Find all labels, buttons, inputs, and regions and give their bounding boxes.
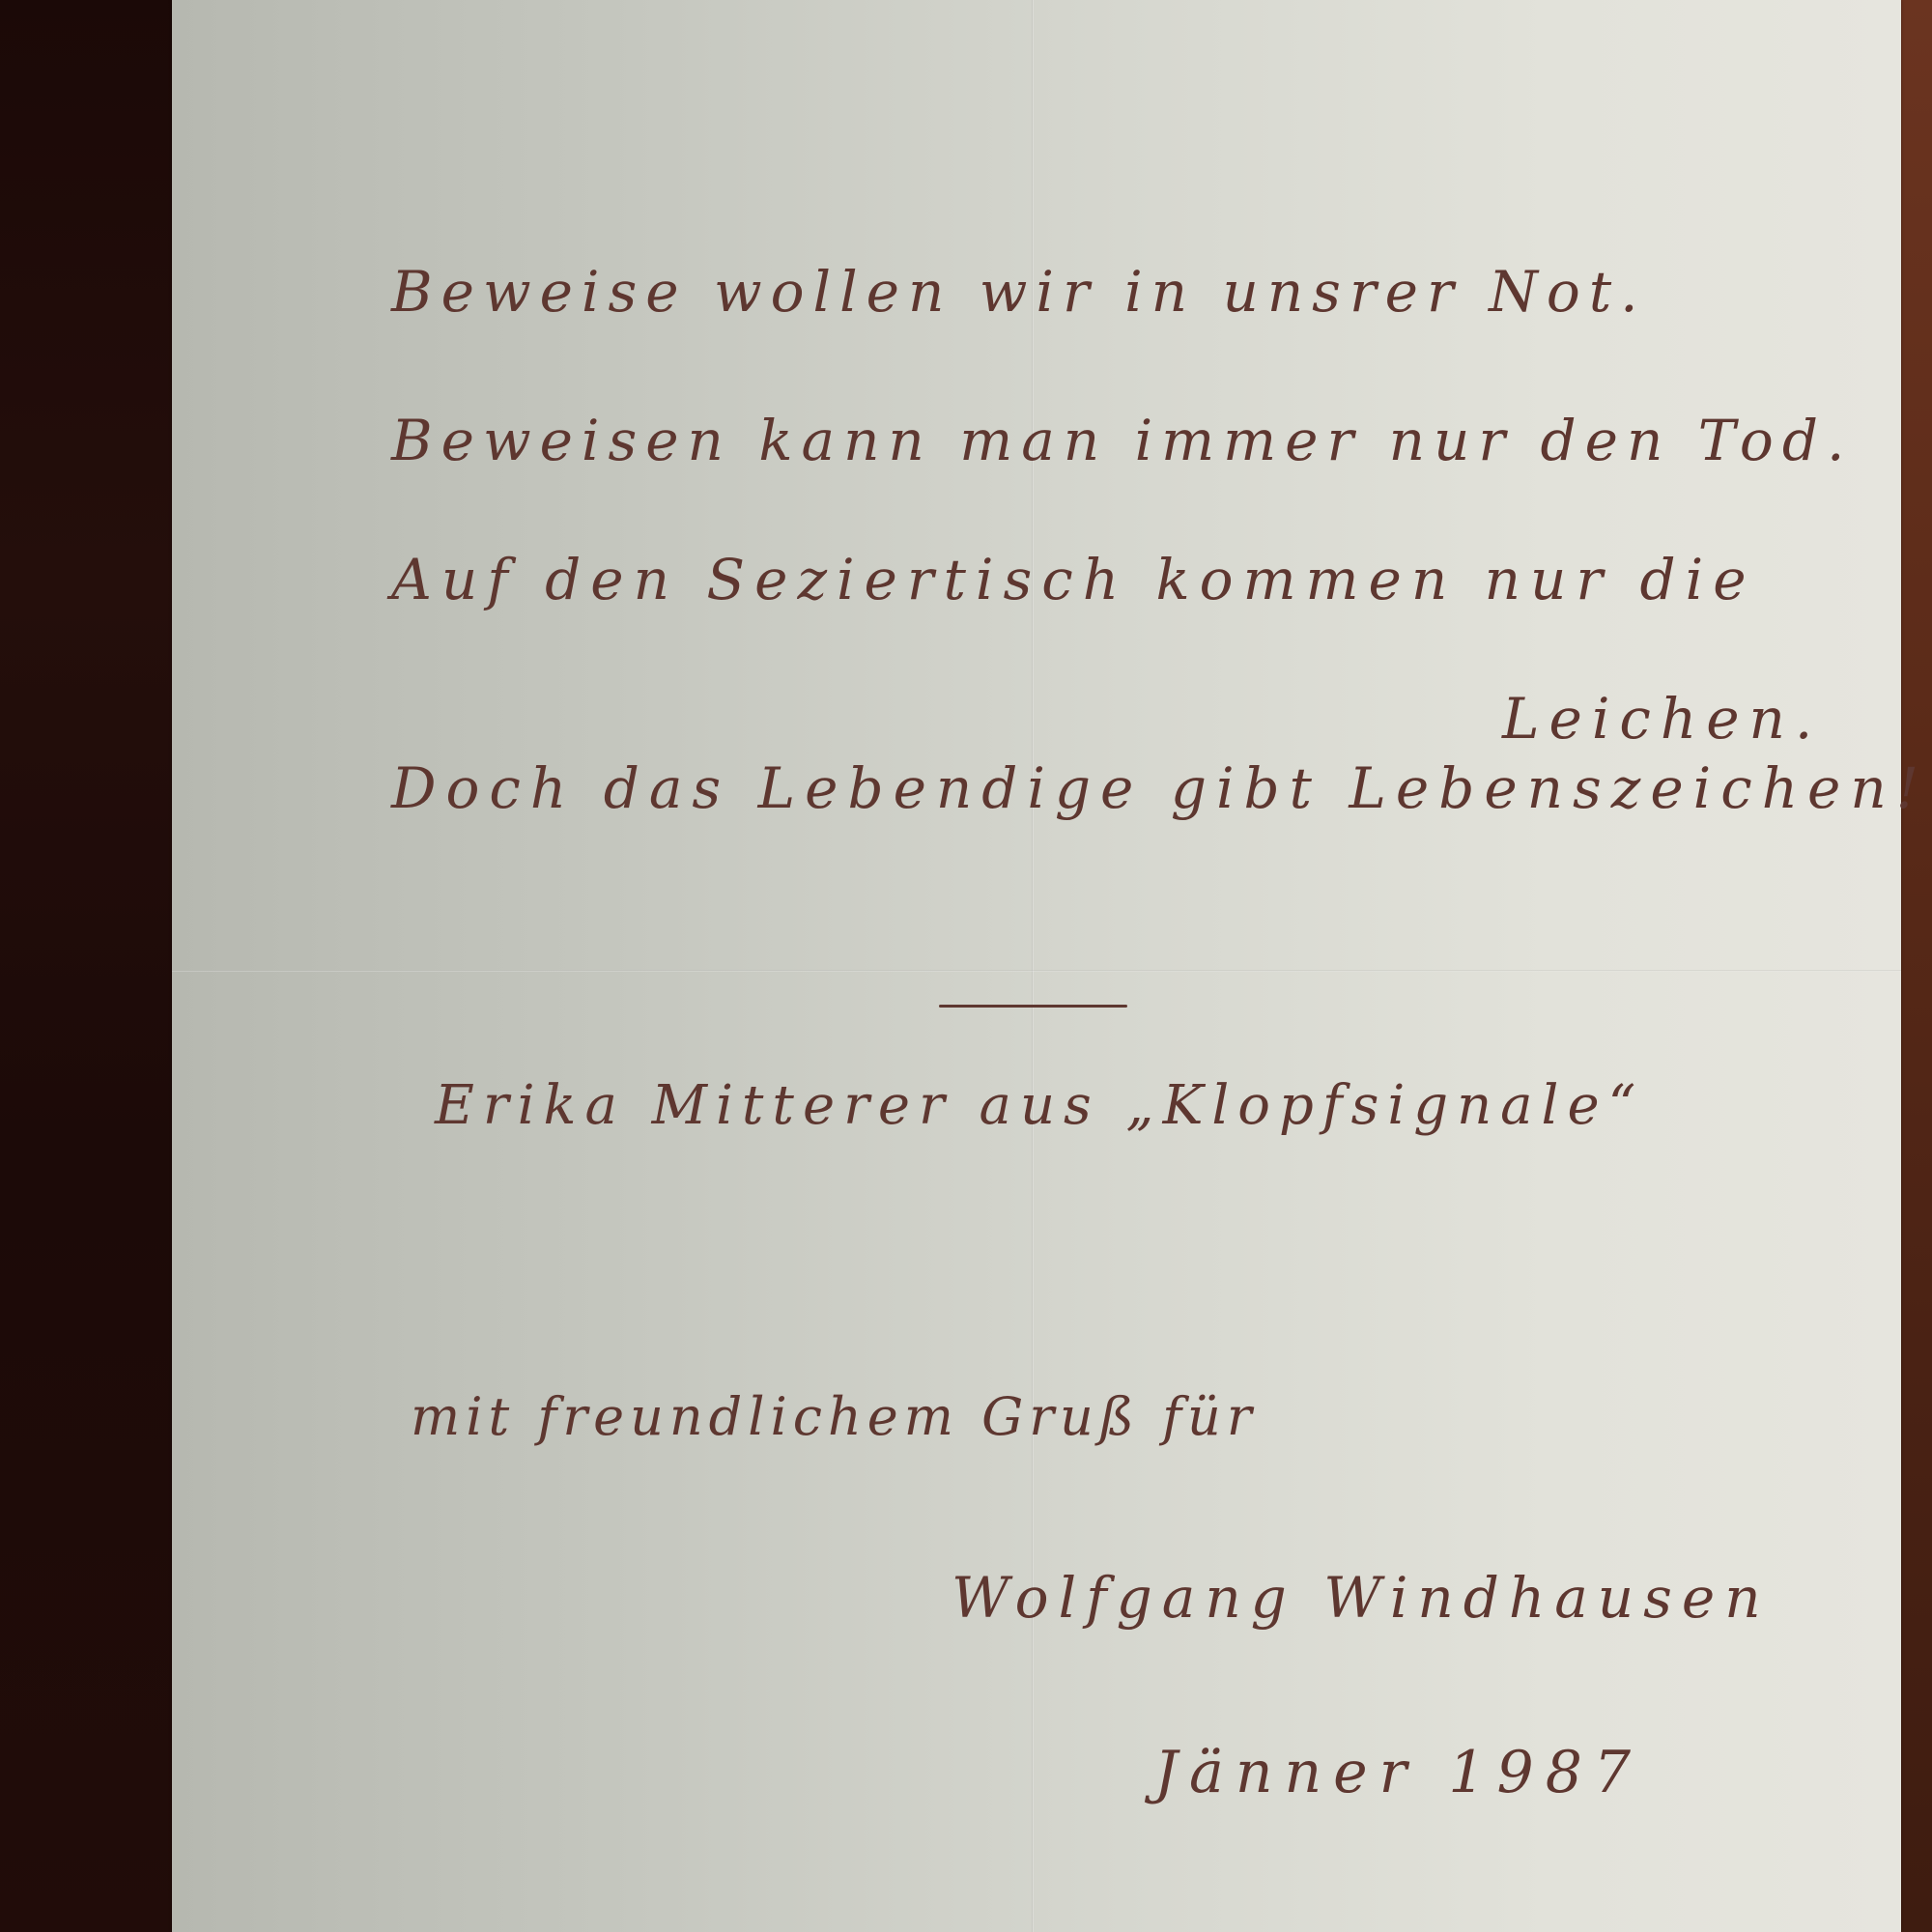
horizontal-fold-crease [172, 970, 1901, 972]
letter-date: Jänner 1987 [1154, 1739, 1642, 1806]
signature: Wolfgang Windhausen [952, 1565, 1771, 1631]
poem-attribution: Erika Mitterer aus „Klopfsignale“ [435, 1074, 1644, 1137]
table-surface-left [0, 0, 179, 1932]
poem-line-3-continuation: Leichen. [1502, 686, 1822, 752]
poem-line-1: Beweise wollen wir in unsrer Not. [391, 259, 1647, 325]
closing-greeting: mit freundlichem Gruß für [411, 1386, 1258, 1447]
poem-line-3: Auf den Seziertisch kommen nur die [391, 547, 1756, 612]
separator-rule [939, 1005, 1127, 1008]
poem-line-4: Doch das Lebendige gibt Lebenszeichen! [391, 755, 1928, 821]
poem-line-2: Beweisen kann man immer nur den Tod. [391, 408, 1853, 473]
